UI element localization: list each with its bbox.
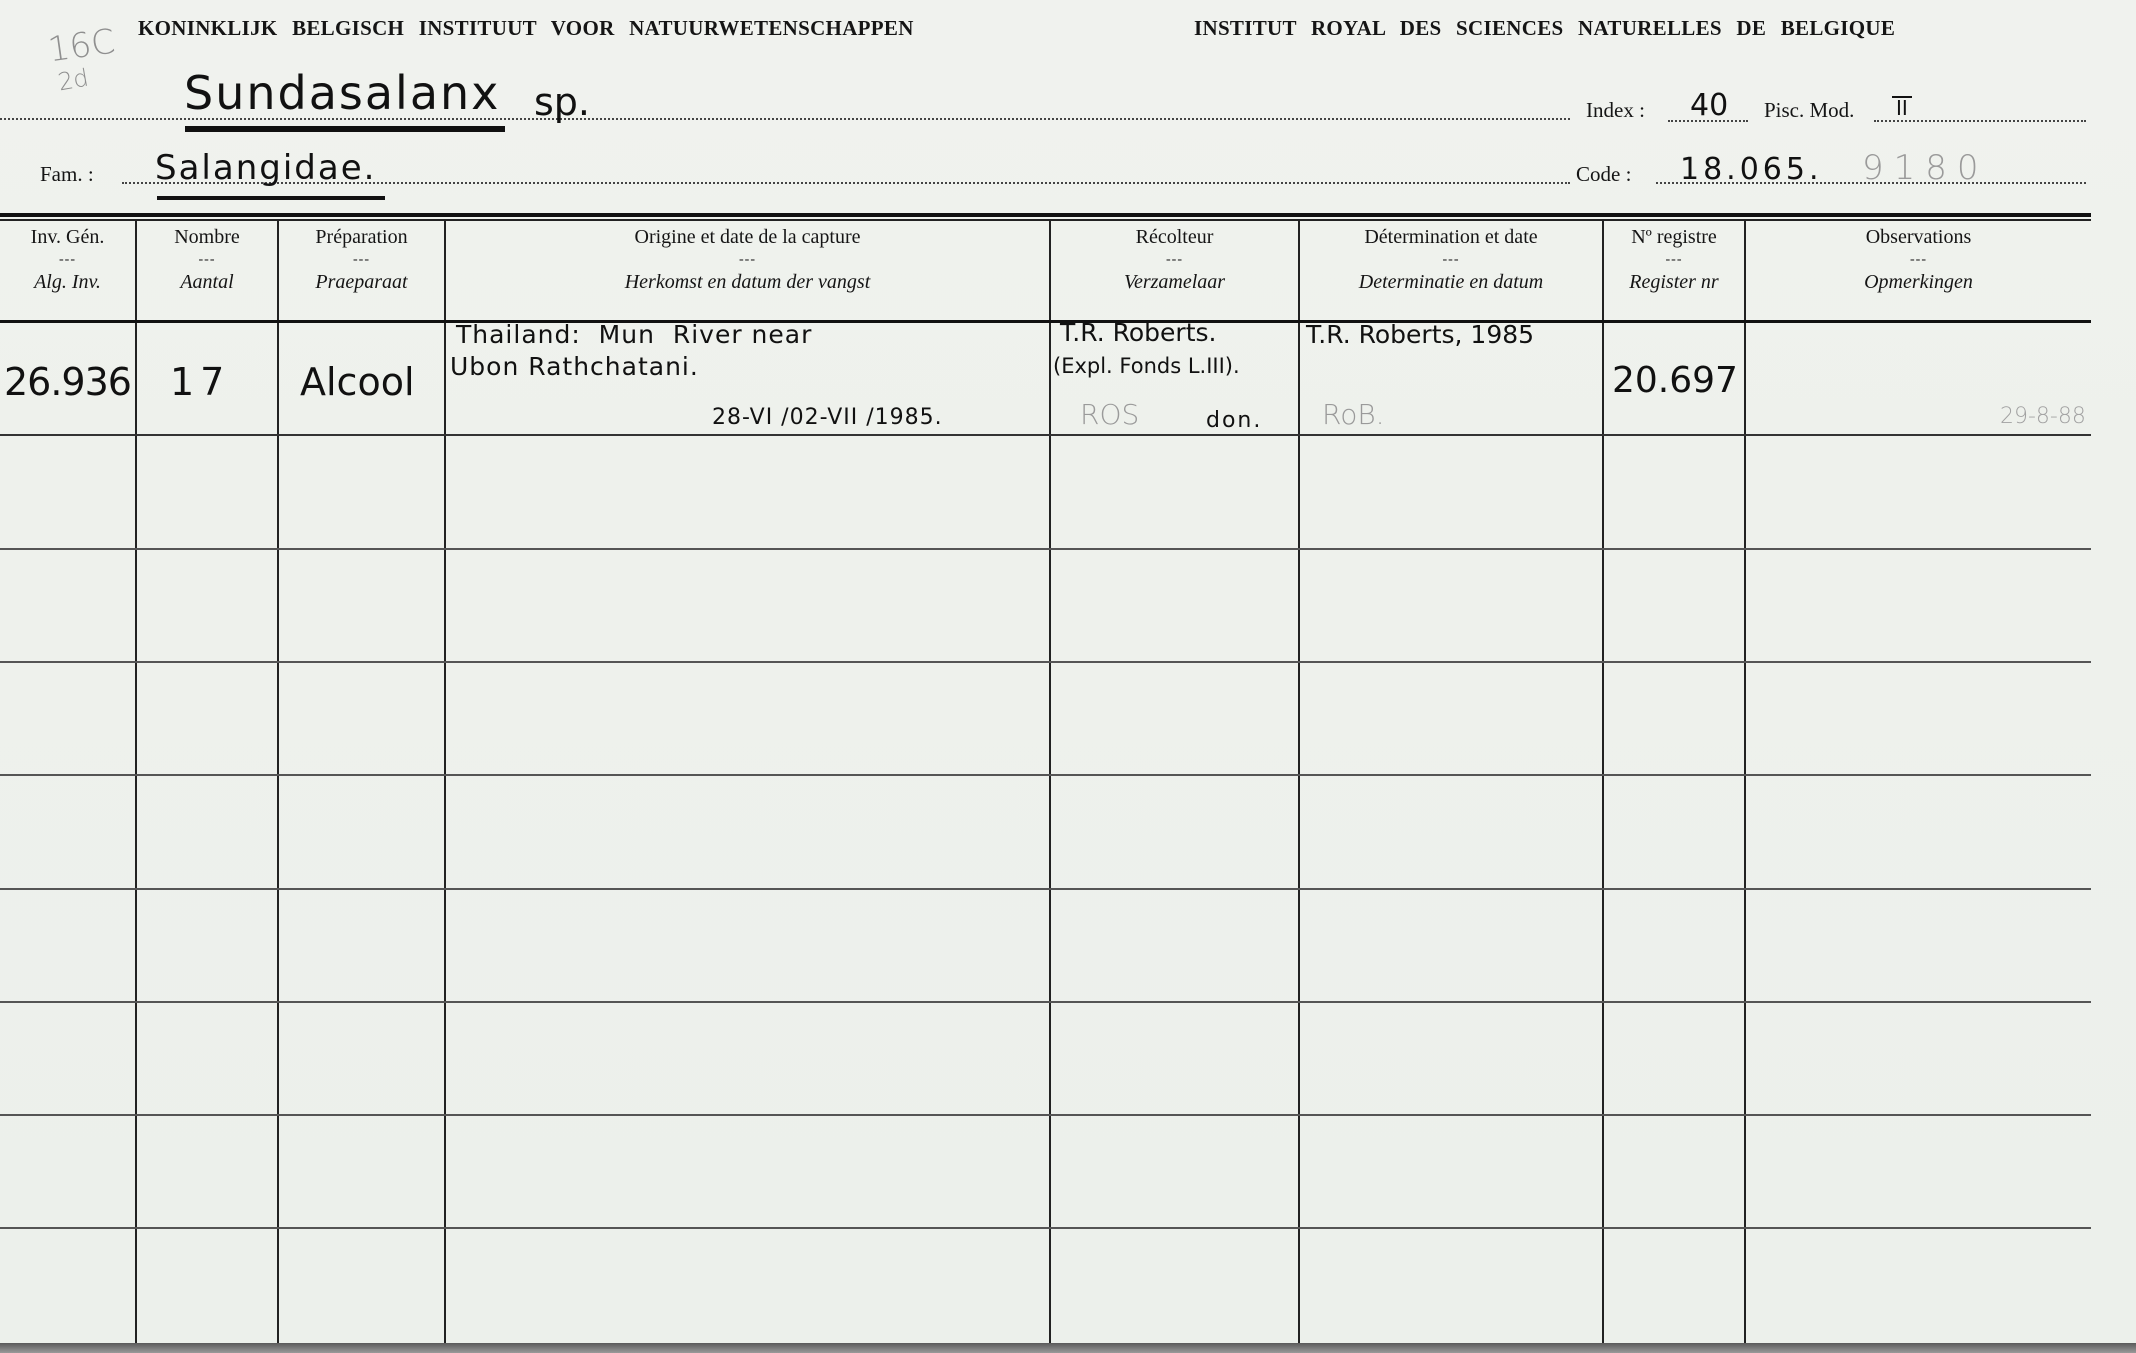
row-divider — [0, 434, 2091, 436]
column-header-determination: Détermination et date --- Determinatie e… — [1300, 222, 1602, 320]
row-divider — [0, 1114, 2091, 1116]
institute-name-dutch: KONINKLIJK BELGISCH INSTITUUT VOOR NATUU… — [138, 16, 914, 41]
column-divider — [1744, 219, 1746, 1343]
institute-name-french: INSTITUT ROYAL DES SCIENCES NATURELLES D… — [1194, 16, 1895, 41]
species-suffix: sp. — [534, 80, 590, 124]
species-underline — [185, 126, 505, 132]
column-divider — [1049, 219, 1051, 1343]
row-recolteur-line1: T.R. Roberts. — [1060, 318, 1216, 347]
column-divider — [1602, 219, 1604, 1343]
family-label: Fam. : — [40, 162, 94, 187]
row-observations-date: 29-8-88 — [2000, 404, 2086, 429]
card-edge — [0, 1343, 2136, 1353]
row-origine-line2: Ubon Rathchatani. — [450, 352, 699, 381]
row-nombre: 17 — [170, 360, 230, 404]
column-header-inv-gen: Inv. Gén. --- Alg. Inv. — [0, 222, 135, 320]
specimen-card — [0, 0, 2136, 1345]
code-value: 18.065. — [1680, 152, 1823, 187]
row-recolteur-pencil: ROS — [1080, 398, 1139, 431]
row-recolteur-line3: don. — [1206, 408, 1262, 433]
column-header-observations: Observations --- Opmerkingen — [1746, 222, 2091, 320]
row-origine-line1: Thailand: Mun River near — [456, 320, 812, 349]
column-header-recolteur: Récolteur --- Verzamelaar — [1051, 222, 1298, 320]
column-divider — [135, 219, 137, 1343]
row-origine-date: 28-VI /02-VII /1985. — [712, 405, 943, 430]
column-header-preparation: Préparation --- Praeparaat — [279, 222, 444, 320]
row-determination: T.R. Roberts, 1985 — [1306, 320, 1534, 349]
header-bottom-border — [0, 320, 2091, 323]
table-top-border-inner — [0, 219, 2091, 221]
row-inv-gen: 26.936 — [4, 360, 131, 404]
family-underline — [157, 196, 385, 200]
row-divider — [0, 774, 2091, 776]
column-header-nombre: Nombre --- Aantal — [137, 222, 277, 320]
row-divider — [0, 661, 2091, 663]
row-divider — [0, 1227, 2091, 1229]
index-value: 40 — [1690, 88, 1728, 123]
species-name: Sundasalanx — [184, 66, 500, 120]
row-determination-pencil: RoB. — [1322, 398, 1385, 431]
pisc-mod-label: Pisc. Mod. — [1764, 98, 1854, 123]
row-preparation: Alcool — [300, 360, 415, 404]
code-pencil-value: 9180 — [1862, 148, 1989, 188]
column-header-origine: Origine et date de la capture --- Herkom… — [446, 222, 1049, 320]
pisc-mod-value: II — [1892, 96, 1912, 118]
column-divider — [444, 219, 446, 1343]
row-registre: 20.697 — [1612, 360, 1738, 401]
column-divider — [277, 219, 279, 1343]
row-divider — [0, 548, 2091, 550]
index-label: Index : — [1586, 98, 1645, 123]
row-divider — [0, 888, 2091, 890]
family-name: Salangidae. — [155, 148, 376, 188]
row-recolteur-line2: (Expl. Fonds L.III). — [1053, 354, 1240, 378]
table-top-border — [0, 213, 2091, 217]
code-label: Code : — [1576, 162, 1631, 187]
row-divider — [0, 1001, 2091, 1003]
pisc-mod-dotted-line — [1874, 120, 2086, 122]
column-divider — [1298, 219, 1300, 1343]
corner-note-2: 2d — [56, 64, 91, 97]
column-header-registre: Nº registre --- Register nr — [1604, 222, 1744, 320]
